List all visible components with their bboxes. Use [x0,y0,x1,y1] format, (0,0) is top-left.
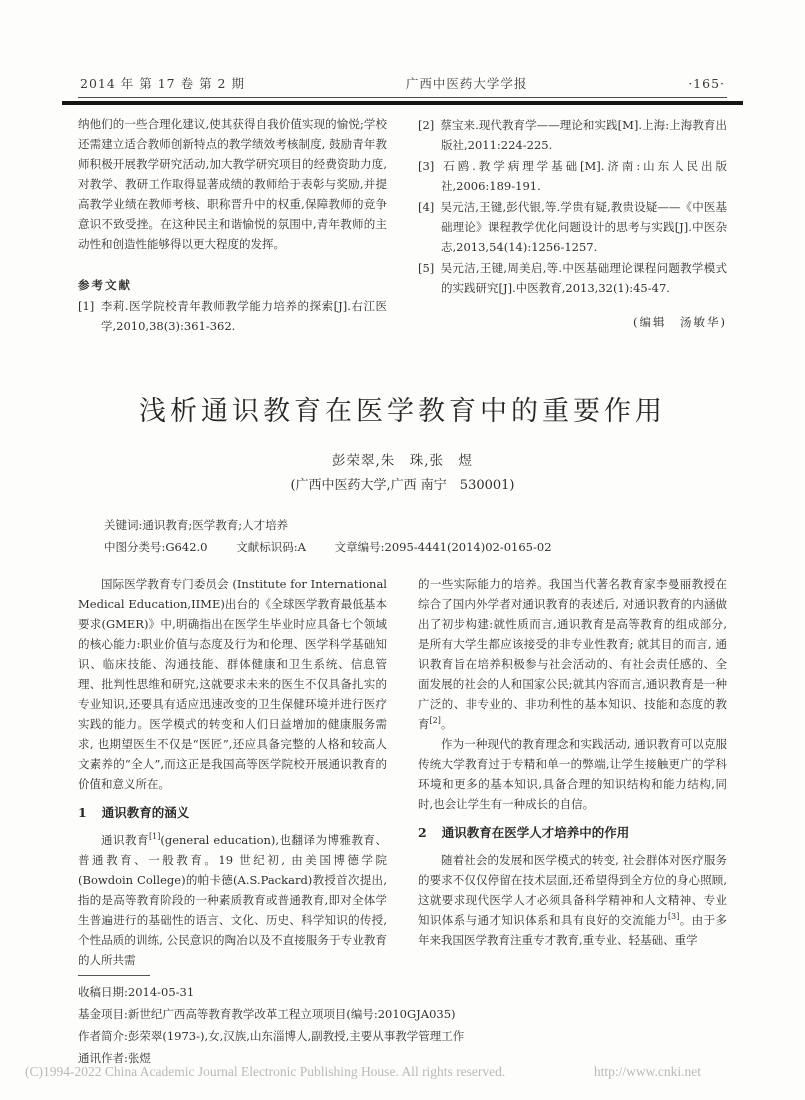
reference-text: 蔡宝来.现代教育学——理论和实践[M].上海:上海教育出版社,2011:224-… [440,118,727,152]
article-authors: 彭荣翠,朱 珠,张 煜 [78,449,727,469]
keywords-line: 关键词:通识教育;医学教育;人才培养 [104,514,727,536]
paragraph-text: (general education),也翻译为博雅教育、普通教育、一般教育。1… [78,833,387,967]
prev-right-column: [2]蔡宝来.现代教育学——理论和实践[M].上海:上海教育出版社,2011:2… [418,114,727,336]
header-rule-thin [78,97,727,98]
reference-item: [5]吴元洁,王键,周美启,等.中医基础理论课程问题教学模式的实践研究[J].中… [418,258,727,298]
cnki-url: http://www.cnki.net [594,1064,701,1080]
reference-item: [4]吴元洁,王键,彭代银,等.学贵有疑,教贵设疑——《中医基础理论》课程教学优… [418,197,727,257]
reference-label: [1] [78,299,94,313]
citation-mark-3: [3] [668,912,679,921]
document-code: 文献标识码:A [236,540,306,554]
section1-title: 通识教育的涵义 [102,805,190,820]
running-head: 2014 年 第 17 卷 第 2 期 广西中医药大学学报 ·165· [78,74,727,97]
section1-heading: 1通识教育的涵义 [78,803,387,823]
body-left-column: 国际医学教育专门委员会 (Institute for International… [78,574,387,970]
journal-name: 广西中医药大学学报 [406,74,528,92]
reference-label: [4] [418,200,434,214]
issue-info: 2014 年 第 17 卷 第 2 期 [80,74,245,92]
reference-text: 石鸥.教学病理学基础[M].济南:山东人民出版社,2006:189-191. [440,159,727,193]
clc-number: 中图分类号:G642.0 [104,540,207,554]
reference-item: [2]蔡宝来.现代教育学——理论和实践[M].上海:上海教育出版社,2011:2… [418,115,727,155]
copyright-text: (C)1994-2022 China Academic Journal Elec… [25,1064,505,1080]
section2-title: 通识教育在医学人才培养中的作用 [442,825,630,840]
reference-label: [2] [418,118,434,132]
article-affiliation: (广西中医药大学,广西 南宁 530001) [78,474,727,493]
section1-paragraph-continued: 的一些实际能力的培养。我国当代著名教育家李曼丽教授在综合了国内外学者对通识教育的… [418,574,727,734]
section1-number: 1 [78,805,87,820]
citation-mark-1: [1] [149,832,160,841]
reference-label: [3] [418,159,434,173]
classification-line: 中图分类号:G642.0文献标识码:A文章编号:2095-4441(2014)0… [104,536,727,558]
citation-mark-2: [2] [430,716,441,725]
header-rule-thick [62,101,743,106]
prev-left-column: 纳他们的一些合理化建议,使其获得自我价值实现的愉悦;学校还需建立适合教师创新特点… [78,114,387,336]
reference-text: 李莉.医学院校青年教师教学能力培养的探索[J].右江医学,2010,38(3):… [100,299,387,333]
references-heading: 参考文献 [78,275,387,295]
received-date: 收稿日期:2014-05-31 [78,981,727,1003]
section1-paragraph: 通识教育[1](general education),也翻译为博雅教育、普通教育… [78,830,387,970]
reference-text: 吴元洁,王键,彭代银,等.学贵有疑,教贵设疑——《中医基础理论》课程教学优化问题… [440,200,727,254]
reference-item: [3]石鸥.教学病理学基础[M].济南:山东人民出版社,2006:189-191… [418,156,727,196]
paragraph-text: 通识教育 [101,833,149,847]
section2-number: 2 [418,825,427,840]
footnote-rule [78,975,150,976]
fund-project: 基金项目:新世纪广西高等教育教学改革工程立项项目(编号:2010GJA035) [78,1003,727,1025]
journal-page: 2014 年 第 17 卷 第 2 期 广西中医药大学学报 ·165· 纳他们的… [0,0,805,1100]
paragraph-text: 。 [441,717,453,731]
first-page-footnote: 收稿日期:2014-05-31 基金项目:新世纪广西高等教育教学改革工程立项项目… [78,975,727,1069]
cnki-footer: (C)1994-2022 China Academic Journal Elec… [25,1064,701,1080]
author-bio: 作者简介:彭荣翠(1973-),女,汉族,山东淄博人,副教授,主要从事教学管理工… [78,1025,727,1047]
body-right-column: 的一些实际能力的培养。我国当代著名教育家李曼丽教授在综合了国内外学者对通识教育的… [418,574,727,970]
section2-paragraph: 随着社会的发展和医学模式的转变, 社会群体对医疗服务的要求不仅仅停留在技术层面,… [418,850,727,950]
prev-closing-paragraph: 纳他们的一些合理化建议,使其获得自我价值实现的愉悦;学校还需建立适合教师创新特点… [78,114,387,254]
previous-article-end: 纳他们的一些合理化建议,使其获得自我价值实现的愉悦;学校还需建立适合教师创新特点… [78,114,727,336]
reference-text: 吴元洁,王键,周美启,等.中医基础理论课程问题教学模式的实践研究[J].中医教育… [440,261,727,295]
reference-item: [1]李莉.医学院校青年教师教学能力培养的探索[J].右江医学,2010,38(… [78,296,387,336]
page-number: ·165· [688,76,725,91]
article-number: 文章编号:2095-4441(2014)02-0165-02 [335,540,552,554]
reference-label: [5] [418,261,434,275]
editor-note: (编辑 汤敏华) [418,312,727,332]
section1-paragraph2: 作为一种现代的教育理念和实践活动, 通识教育可以克服传统大学教育过于专精和单一的… [418,734,727,814]
paragraph-text: 的一些实际能力的培养。我国当代著名教育家李曼丽教授在综合了国内外学者对通识教育的… [418,577,727,731]
section2-heading: 2通识教育在医学人才培养中的作用 [418,823,727,843]
article-meta: 关键词:通识教育;医学教育;人才培养 中图分类号:G642.0文献标识码:A文章… [104,514,727,558]
article-title: 浅析通识教育在医学教育中的重要作用 [78,389,727,428]
article-body: 国际医学教育专门委员会 (Institute for International… [78,574,727,970]
intro-paragraph: 国际医学教育专门委员会 (Institute for International… [78,574,387,794]
